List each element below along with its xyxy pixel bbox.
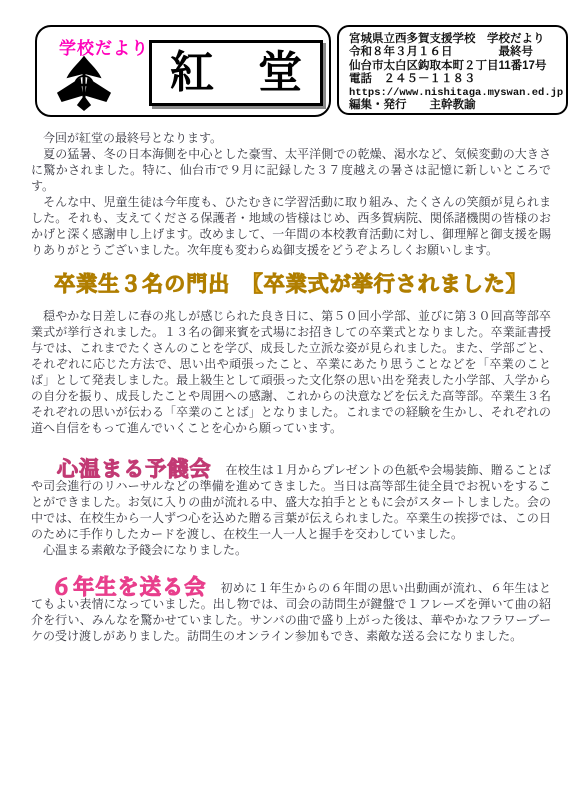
intro-paragraph-1: 今回が紅堂の最終号となります。 <box>31 130 551 146</box>
website-url-line: https://www.nishitaga.myswan.ed.jp <box>349 87 558 99</box>
intro-block: 今回が紅堂の最終号となります。 夏の猛暑、冬の日本海側を中心とした豪雪、太平洋側… <box>31 130 551 258</box>
farewell-party-heading: 心温まる予餞会 <box>31 458 212 481</box>
section-farewell-party: 心温まる予餞会在校生は１月からプレゼントの色紙や会場装飾、贈ることばや司会進行の… <box>31 462 551 558</box>
intro-paragraph-2: 夏の猛暑、冬の日本海側を中心とした豪雪、太平洋側での乾燥、渇水など、気候変動の大… <box>31 146 551 194</box>
farewell-paragraph: 心温まる予餞会在校生は１月からプレゼントの色紙や会場装飾、贈ることばや司会進行の… <box>31 462 551 542</box>
graduation-paragraph: 穏やかな日差しに春の兆しが感じられた良き日に、第５０回小学部、並びに第３０回高等… <box>31 308 551 436</box>
school-name-line: 宮城県立西多賀支援学校 学校だより <box>349 33 558 46</box>
title-area-box: 学校だより 紅 堂 <box>35 25 331 117</box>
phone-line: 電話 ２４５－１１８３ <box>349 73 558 86</box>
sendoff-paragraph: ６年生を送る会初めに１年生からの６年間の思い出動画が流れ、６年生はとてもよい表情… <box>31 580 551 644</box>
school-crest-icon <box>54 55 114 112</box>
intro-paragraph-3: そんな中、児童生徒は今年度も、ひたむきに学習活動に取り組み、たくさんの笑顔が見ら… <box>31 194 551 258</box>
document-body: 今回が紅堂の最終号となります。 夏の猛暑、冬の日本海側を中心とした豪雪、太平洋側… <box>31 130 551 654</box>
newsletter-page: 学校だより 紅 堂 宮城県立西多賀支援学校 学校だより 令和８年３月１６日 最終… <box>0 0 574 800</box>
graduation-heading: 卒業生３名の門出 【卒業式が挙行されました】 <box>31 272 551 298</box>
address-line: 仙台市太白区鈎取本町２丁目11番17号 <box>349 60 558 73</box>
issue-date-line: 令和８年３月１６日 最終号 <box>349 46 558 59</box>
sixth-grade-sendoff-heading: ６年生を送る会 <box>31 576 207 599</box>
editor-line: 編集・発行 主幹教諭 <box>349 99 558 112</box>
section-sixth-grade-sendoff: ６年生を送る会初めに１年生からの６年間の思い出動画が流れ、６年生はとてもよい表情… <box>31 580 551 644</box>
masthead: 学校だより 紅 堂 宮城県立西多賀支援学校 学校だより 令和８年３月１６日 最終… <box>35 25 568 117</box>
newsletter-title: 紅 堂 <box>170 51 302 95</box>
section-graduation: 卒業生３名の門出 【卒業式が挙行されました】 穏やかな日差しに春の兆しが感じられ… <box>31 272 551 436</box>
newsletter-title-box: 紅 堂 <box>149 40 323 106</box>
farewell-paragraph-2: 心温まる素敵な予餞会になりました。 <box>31 542 551 558</box>
publication-info-box: 宮城県立西多賀支援学校 学校だより 令和８年３月１６日 最終号 仙台市太白区鈎取… <box>337 25 568 115</box>
